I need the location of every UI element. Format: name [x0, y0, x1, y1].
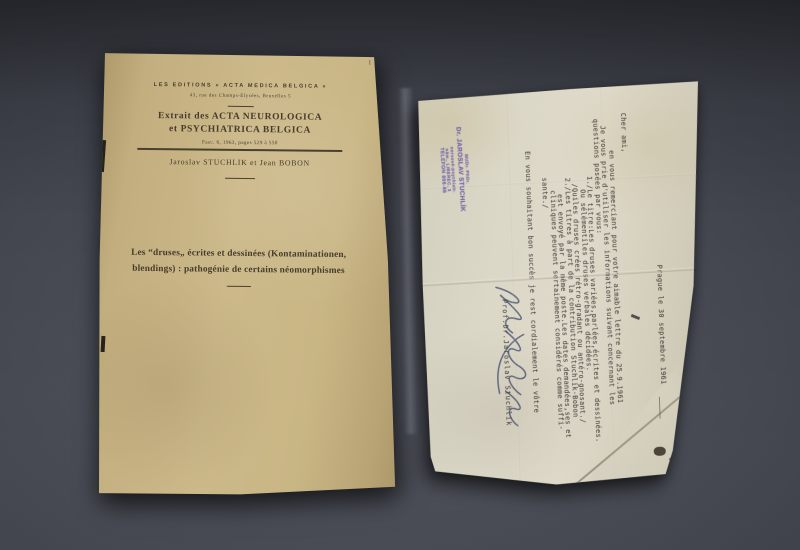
publisher-line: LES EDITIONS « ACTA MEDICA BELGICA » — [98, 81, 383, 90]
booklet-title-line1: Les “druses„ écrites et dessinées (Konta… — [96, 247, 381, 260]
letter-paper: Prague le 30 septembre 1961 Cher ami, en… — [413, 77, 715, 499]
fascicle-line: Fasc. 6, 1963, pages 529 à 550 — [97, 138, 382, 147]
divider-rule — [227, 106, 253, 107]
typed-letter: Prague le 30 septembre 1961 Cher ami, en… — [413, 77, 715, 499]
date-underline — [659, 397, 661, 419]
booklet-cover: 1 LES EDITIONS « ACTA MEDICA BELGICA » 4… — [96, 50, 396, 498]
photo-scene: 1 LES EDITIONS « ACTA MEDICA BELGICA » 4… — [0, 0, 800, 550]
publisher-address: 43, rue des Champs-Elysées, Bruxelles 5 — [98, 92, 383, 100]
edge-nick — [697, 303, 703, 309]
page-number: 1 — [368, 60, 371, 66]
booklet-title-line2: blendings) : pathogénie de certains néom… — [96, 263, 381, 276]
salutation: Cher ami, — [619, 113, 628, 153]
doctor-stamp: MUDr. PhDr. Dr. JAROSLAV STUCHLÍK nervov… — [436, 103, 474, 236]
offprint-booklet: 1 LES EDITIONS « ACTA MEDICA BELGICA » 4… — [96, 50, 396, 498]
letter-content: Prague le 30 septembre 1961 Cher ami, en… — [413, 77, 715, 499]
series-title-line1: Extrait des ACTA NEUROLOGICA — [98, 110, 383, 123]
letter-date: Prague le 30 septembre 1961 — [655, 265, 667, 385]
authors-line: Jaroslav STUCHLIK et Jean BOBON — [97, 156, 382, 168]
divider-rule — [224, 178, 254, 179]
divider-rule-wide — [137, 148, 342, 152]
series-title-line2: et PSYCHIATRICA BELGICA — [97, 123, 382, 136]
letter-body-line: sante./ — [540, 177, 549, 208]
divider-rule — [226, 286, 250, 287]
booklet-cover-text: 1 LES EDITIONS « ACTA MEDICA BELGICA » 4… — [94, 48, 399, 499]
